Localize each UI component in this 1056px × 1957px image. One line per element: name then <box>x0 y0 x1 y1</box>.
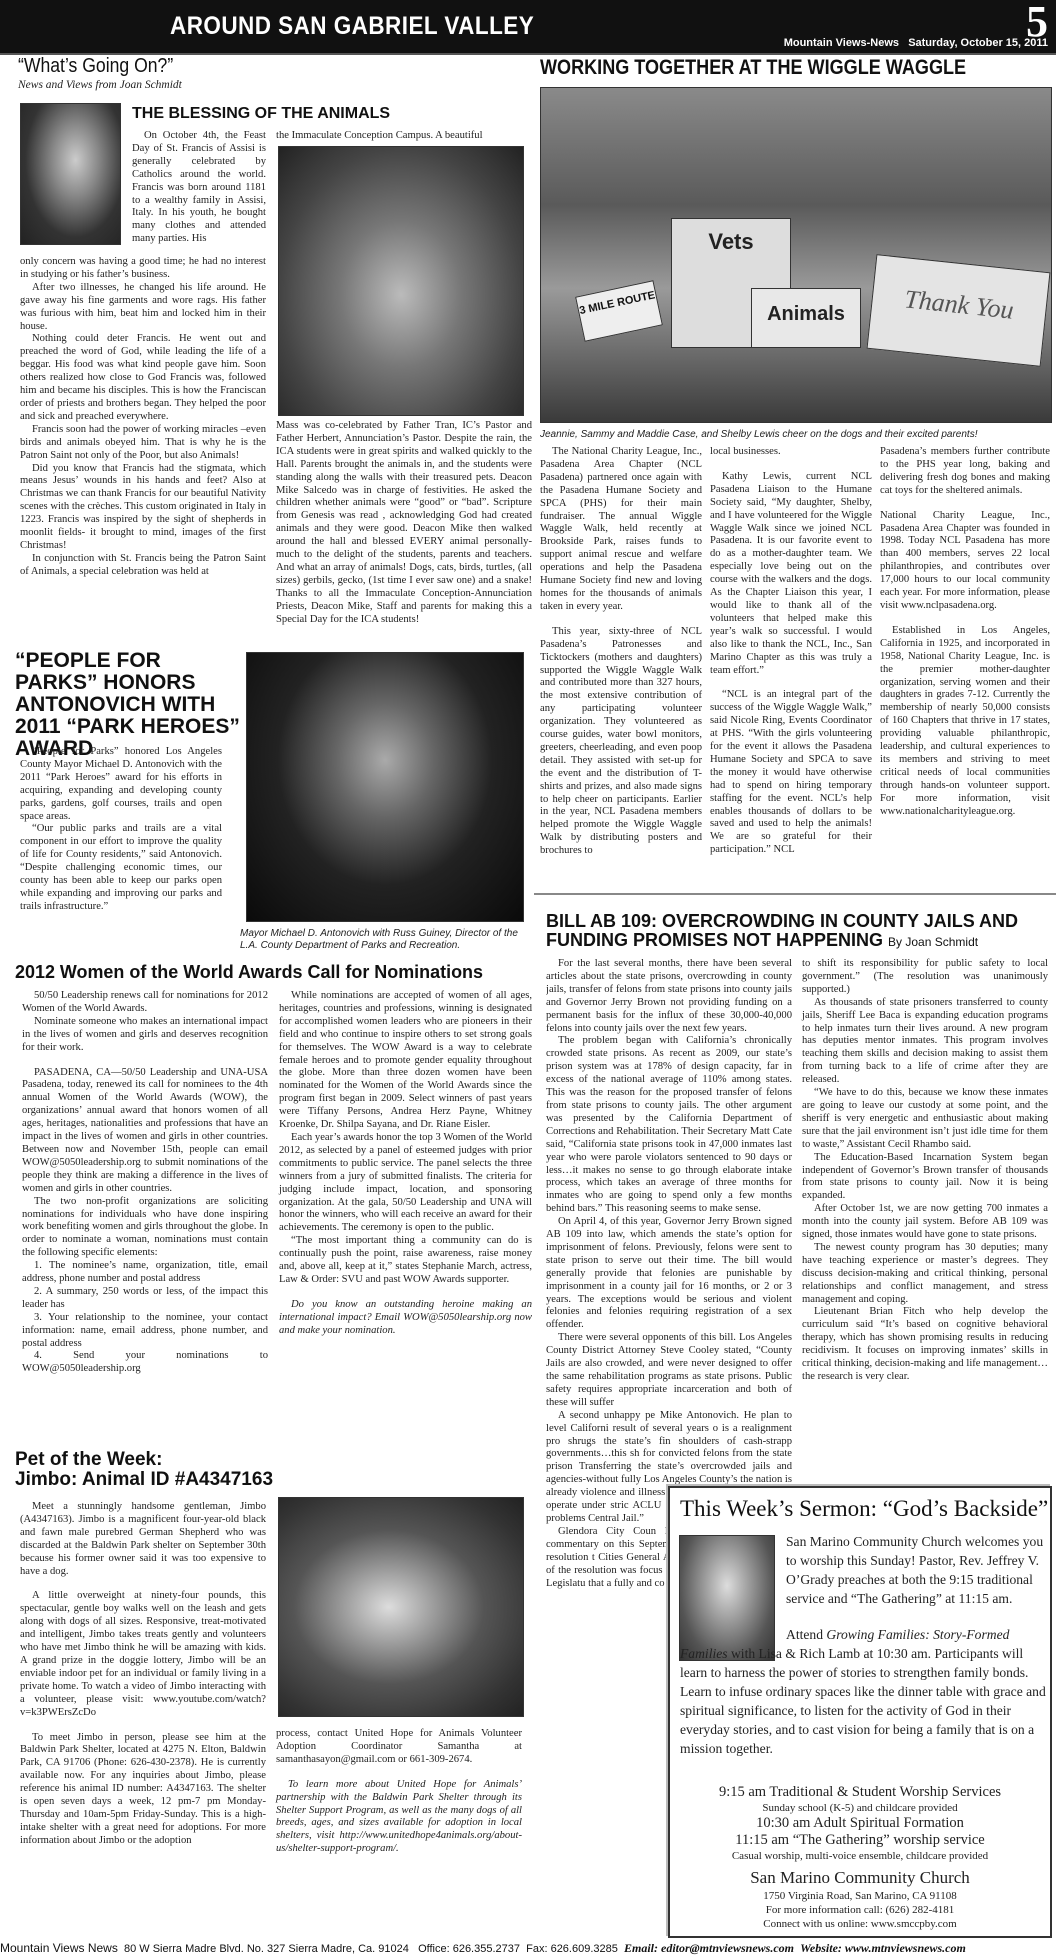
joan-schmidt-photo <box>20 103 121 245</box>
ab109-para: “We have to do this, because we know the… <box>802 1087 1048 1152</box>
wiggle-para: Pasadena’s members further contribute to… <box>880 446 1050 498</box>
ab109-para: The problem began with California’s chro… <box>546 1035 792 1216</box>
blessing-para: In conjunction with St. Francis being th… <box>20 553 266 579</box>
wiggle-para: local businesses. <box>710 446 872 459</box>
footer-address: 80 W Sierra Madre Blvd. No. 327 Sierra M… <box>124 1943 409 1955</box>
column-title: “What’s Going On?” <box>18 56 173 77</box>
church-name: San Marino Community Church <box>670 1867 1050 1889</box>
footer-paper: Mountain Views News <box>0 1941 118 1955</box>
sign-animals: Animals <box>751 288 861 348</box>
sermon-attend: Attend Growing Families: Story-Formed Fa… <box>680 1625 1046 1758</box>
wow-closing: Do you know an outstanding heroine makin… <box>279 1299 532 1338</box>
wow-para: 50/50 Leadership renews call for nominat… <box>22 990 268 1016</box>
blessing-col2: Mass was co-celebrated by Father Tran, I… <box>276 420 532 627</box>
parks-headline: “PEOPLE FOR PARKS” HONORS ANTONOVICH WIT… <box>15 650 243 760</box>
footer-office: Office: 626.355.2737 <box>418 1943 520 1955</box>
footer-email[interactable]: Email: editor@mtnviewsnews.com <box>624 1941 794 1955</box>
blessing-para: After two illnesses, he changed his life… <box>20 282 266 334</box>
parks-para: “People for Parks” honored Los Angeles C… <box>20 746 222 823</box>
wow-col2: While nominations are accepted of women … <box>279 990 532 1338</box>
blessing-para: On October 4th, the Feast Day of St. Fra… <box>132 130 266 246</box>
girl-with-dog-photo <box>278 146 524 416</box>
blessing-col2-top: the Immaculate Conception Campus. A beau… <box>276 130 532 143</box>
section-title: AROUND SAN GABRIEL VALLEY <box>170 12 534 41</box>
ab109-para: After October 1st, we are now getting 70… <box>802 1203 1048 1242</box>
column-header: “What’s Going On?” News and Views from J… <box>18 56 194 91</box>
wiggle-para: The National Charity League, Inc., Pasad… <box>540 446 702 614</box>
wiggle-col2: local businesses. Kathy Lewis, current N… <box>710 446 872 857</box>
service-note: Casual worship, multi-voice ensemble, ch… <box>670 1849 1050 1863</box>
pet-col2: process, contact United Hope for Animals… <box>276 1728 522 1856</box>
pet-col1: Meet a stunningly handsome gentleman, Ji… <box>20 1501 266 1848</box>
wiggle-para: National Charity League, Inc., Pasadena … <box>880 510 1050 613</box>
wiggle-para: Established in Los Angeles, California i… <box>880 625 1050 819</box>
ab109-byline: By Joan Schmidt <box>888 935 978 949</box>
service-title: 9:15 am Traditional & Student Worship Se… <box>670 1784 1050 1801</box>
antonovich-photo <box>246 652 524 922</box>
wiggle-para: “NCL is an integral part of the success … <box>710 689 872 857</box>
pet-para: A little overweight at ninety-four pound… <box>20 1590 266 1719</box>
ab109-para: There were several opponents of this bil… <box>546 1332 792 1409</box>
wiggle-col1: The National Charity League, Inc., Pasad… <box>540 446 702 858</box>
church-address: 1750 Virginia Road, San Marino, CA 91108 <box>670 1889 1050 1903</box>
wow-list-item: 4. Send your nominations to WOW@5050lead… <box>22 1350 268 1376</box>
wow-list-item: 2. A summary, 250 words or less, of the … <box>22 1286 268 1312</box>
sermon-intro: San Marino Community Church welcomes you… <box>786 1532 1046 1608</box>
wiggle-caption: Jeannie, Sammy and Maddie Case, and Shel… <box>540 429 1052 441</box>
parks-para: “Our public parks and trails are a vital… <box>20 823 222 913</box>
wiggle-col3: Pasadena’s members further contribute to… <box>880 446 1050 818</box>
sign-thank-you: Thank You <box>867 254 1051 367</box>
ab109-para: to shift its responsibility for public s… <box>802 958 1048 997</box>
sermon-ad: This Week’s Sermon: “God’s Backside” San… <box>668 1486 1052 1938</box>
parks-body: “People for Parks” honored Los Angeles C… <box>20 746 222 914</box>
pet-headline: Pet of the Week: Jimbo: Animal ID #A4347… <box>15 1450 273 1490</box>
blessing-para: Mass was co-celebrated by Father Tran, I… <box>276 420 532 627</box>
service-note: Sunday school (K-5) and childcare provid… <box>670 1801 1050 1815</box>
wow-list-item: 3. Your relationship to the nominee, you… <box>22 1312 268 1351</box>
wow-col1: 50/50 Leadership renews call for nominat… <box>22 990 268 1376</box>
pet-headline-line2: Jimbo: Animal ID #A4347163 <box>15 1470 273 1490</box>
blessing-para: only concern was having a good time; he … <box>20 256 266 282</box>
column-byline: News and Views from Joan Schmidt <box>18 79 194 91</box>
parks-caption: Mayor Michael D. Antonovich with Russ Gu… <box>240 928 530 952</box>
ab109-para: As thousands of state prisoners transfer… <box>802 997 1048 1087</box>
wow-para: While nominations are accepted of women … <box>279 990 532 1132</box>
issue-date: Saturday, October 15, 2011 <box>908 37 1048 49</box>
sermon-title: This Week’s Sermon: “God’s Backside” <box>680 1496 1048 1522</box>
footer: Mountain Views News 80 W Sierra Madre Bl… <box>0 1941 1056 1957</box>
ab109-para: The newest county program has 30 deputie… <box>802 1242 1048 1307</box>
wow-para: Nominate someone who makes an internatio… <box>22 1016 268 1055</box>
blessing-para: Francis soon had the power of working mi… <box>20 424 266 463</box>
pet-learn-more: To learn more about United Hope for Anim… <box>276 1779 522 1856</box>
publication-name: Mountain Views-News <box>784 37 899 49</box>
blessing-body-top: On October 4th, the Feast Day of St. Fra… <box>132 130 266 246</box>
footer-website[interactable]: Website: www.mtnviewsnews.com <box>800 1941 966 1955</box>
wiggle-para: This year, sixty-three of NCL Pasadena’s… <box>540 626 702 858</box>
blessing-para: Did you know that Francis had the stigma… <box>20 463 266 553</box>
church-phone: For more information call: (626) 282-418… <box>670 1903 1050 1917</box>
wiggle-headline: WORKING TOGETHER AT THE WIGGLE WAGGLE <box>540 57 966 79</box>
pet-para: process, contact United Hope for Animals… <box>276 1728 522 1767</box>
pet-headline-line1: Pet of the Week: <box>15 1450 273 1470</box>
ab109-col2: to shift its responsibility for public s… <box>802 958 1048 1384</box>
pet-para: To meet Jimbo in person, please see him … <box>20 1732 266 1848</box>
wow-list-item: 1. The nominee’s name, organization, tit… <box>22 1260 268 1286</box>
blessing-col1: only concern was having a good time; he … <box>20 256 266 579</box>
masthead: AROUND SAN GABRIEL VALLEY 5 Mountain Vie… <box>0 0 1056 55</box>
wiggle-para: Kathy Lewis, current NCL Pasadena Liaiso… <box>710 471 872 678</box>
wow-headline: 2012 Women of the World Awards Call for … <box>15 962 483 981</box>
jimbo-dog-photo <box>278 1497 524 1717</box>
divider <box>534 893 1056 895</box>
ab109-para: Lieutenant Brian Fitch who help develop … <box>802 1306 1048 1383</box>
footer-fax: Fax: 626.609.3285 <box>526 1943 618 1955</box>
wiggle-waggle-photo: 3 MILE ROUTE Vets Animals Thank You <box>540 87 1052 423</box>
blessing-headline: THE BLESSING OF THE ANIMALS <box>132 106 390 123</box>
ab109-para: On April 4, of this year, Governor Jerry… <box>546 1216 792 1332</box>
service-title: 11:15 am “The Gathering” worship service <box>670 1832 1050 1849</box>
wow-para: PASADENA, CA—50/50 Leadership and UNA-US… <box>22 1067 268 1196</box>
service-times: 9:15 am Traditional & Student Worship Se… <box>670 1784 1050 1931</box>
pet-para: Meet a stunningly handsome gentleman, Ji… <box>20 1501 266 1578</box>
sign-3-mile-route: 3 MILE ROUTE <box>575 280 663 342</box>
wow-para: The two non-profit organizations are sol… <box>22 1196 268 1261</box>
wow-para: Each year’s awards honor the top 3 Women… <box>279 1132 532 1235</box>
dateline: Mountain Views-News Saturday, October 15… <box>784 37 1048 49</box>
ab109-para: For the last several months, there have … <box>546 958 792 1035</box>
blessing-para: Nothing could deter Francis. He went out… <box>20 333 266 423</box>
ab109-para: The Education-Based Incarnation System b… <box>802 1152 1048 1204</box>
ab109-headline: BILL AB 109: OVERCROWDING IN COUNTY JAIL… <box>546 912 1056 950</box>
wow-para: “The most important thing a community ca… <box>279 1235 532 1287</box>
service-title: 10:30 am Adult Spiritual Formation <box>670 1815 1050 1832</box>
church-website[interactable]: Connect with us online: www.smccpby.com <box>670 1917 1050 1931</box>
